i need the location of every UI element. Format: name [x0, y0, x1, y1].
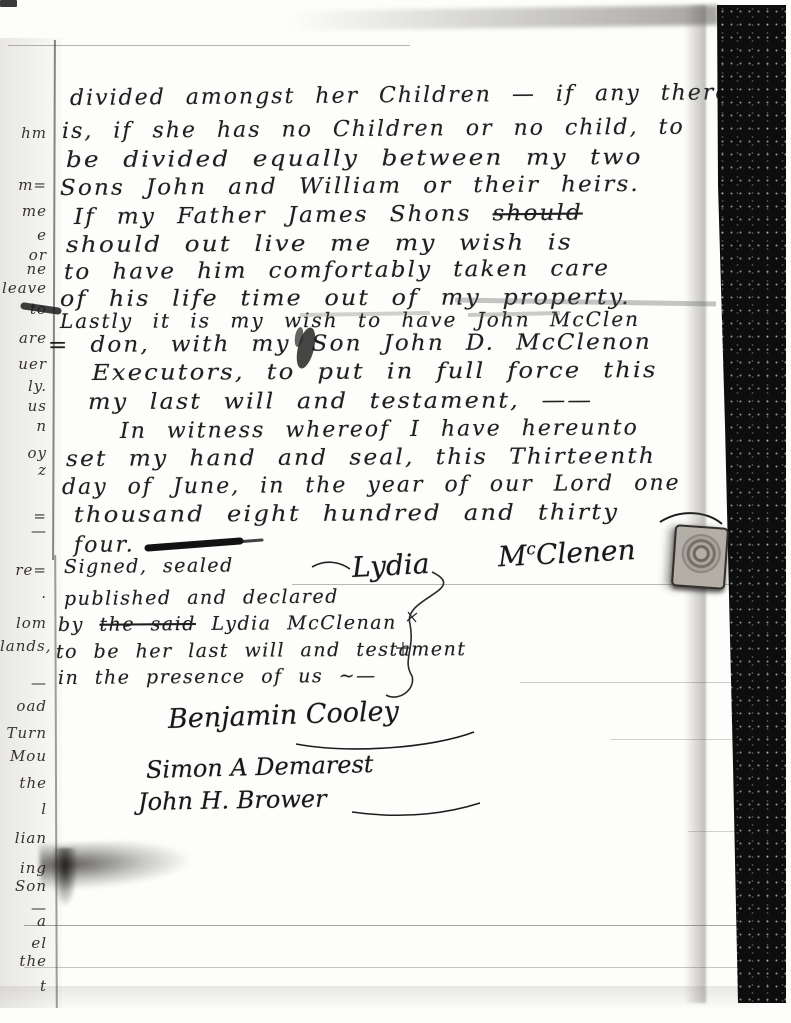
margin-fragment: ly. — [0, 377, 47, 395]
will-text-line: Sons John and William or their heirs. — [60, 172, 640, 201]
margin-fragment: — — [0, 674, 47, 692]
margin-fragment: — — [0, 522, 47, 540]
witness-signature: Benjamin Cooley — [167, 696, 399, 735]
ruled-line — [520, 682, 764, 683]
margin-fragment: l — [0, 800, 47, 818]
will-text-line: to have him comfortably taken care — [64, 256, 610, 285]
will-text-line: thousand eight hundred and thirty — [74, 500, 619, 528]
margin-fragment: el — [0, 934, 47, 952]
will-text-line: day of June, in the year of our Lord one — [62, 471, 681, 500]
will-text-line: = don, with my Son John D. McClenon — [48, 330, 652, 358]
margin-fragment: are — [0, 329, 47, 347]
margin-fragment: . — [0, 584, 47, 602]
margin-fragment: oad — [0, 697, 47, 715]
margin-fragment: us — [0, 397, 47, 415]
margin-fragment: t — [0, 977, 47, 995]
testator-signature-first: Lydia — [351, 547, 430, 584]
margin-fragment: oy — [0, 444, 47, 462]
top-edge-smudge — [288, 5, 718, 31]
will-text-line: divided amongst her Children — if any th… — [70, 80, 731, 111]
will-text-line: four. — [74, 532, 135, 558]
witness-signature: Simon A Demarest — [146, 750, 374, 784]
margin-fragment: to — [0, 300, 47, 318]
brace-cross-mark — [407, 612, 417, 622]
struck-word: should — [492, 201, 583, 227]
attestation-line: Signed, sealed — [64, 555, 234, 578]
margin-fragment: lands, — [0, 637, 47, 655]
margin-fragment: the — [0, 952, 47, 970]
attestation-brace-line — [386, 572, 444, 697]
margin-fragment: n — [0, 417, 47, 435]
will-text-line: should out live me my wish is — [66, 230, 573, 258]
margin-fragment: uer — [0, 355, 47, 373]
will-text-line: Lastly it is my wish to have John McClen — [60, 307, 640, 333]
ink-smudge — [52, 848, 78, 908]
margin-fragment: m= — [0, 176, 47, 194]
ruled-line — [24, 925, 772, 926]
witness-signature: John H. Brower — [138, 785, 327, 816]
will-text-line: Executors, to put in full force this — [92, 358, 658, 386]
struck-words: the said — [99, 613, 196, 636]
heavy-dash-stroke — [236, 540, 262, 542]
heavy-dash-stroke — [148, 541, 240, 548]
scanned-will-page: hm m= me e or ne leave to are uer ly. us… — [0, 0, 791, 1023]
signature-underline-flourish — [296, 732, 474, 749]
attestation-line: published and declared — [64, 586, 339, 610]
attestation-segment: by — [58, 614, 100, 636]
margin-fragment: ne — [0, 260, 47, 278]
margin-fragment: me — [0, 202, 47, 220]
attestation-segment: Lydia McClenan — [196, 612, 397, 635]
margin-fragment: lom — [0, 614, 47, 632]
scan-corner-artifact — [0, 0, 17, 7]
embossed-seal-icon — [671, 524, 729, 590]
will-text-line: If my Father James Shons should — [74, 201, 583, 230]
pen-squiggle — [312, 562, 350, 569]
margin-fragment: z — [0, 461, 47, 479]
margin-fragment: hm — [0, 124, 47, 142]
fold-crease-line — [8, 45, 410, 46]
margin-fragment: a — [0, 912, 47, 930]
will-text-line: be divided equally between my two — [66, 145, 643, 173]
binding-shadow-gradient — [684, 5, 706, 1003]
will-text-line: set my hand and seal, this Thirteenth — [66, 444, 656, 472]
signature-rest: Clenen — [535, 533, 636, 571]
will-text-line: is, if she has no Children or no child, … — [62, 115, 685, 144]
margin-fragment: the — [0, 774, 47, 792]
will-text-line: In witness whereof I have hereunto — [120, 415, 639, 444]
attestation-line: by the said Lydia McClenan — [58, 612, 397, 636]
margin-fragment: Mou — [0, 747, 47, 765]
signature-mc: M — [497, 539, 527, 573]
attestation-line: to be her last will and testament — [56, 638, 467, 663]
will-text-segment: If my Father James Shons — [74, 201, 493, 230]
bottom-edge-shading — [0, 986, 760, 1008]
margin-fragment: e — [0, 226, 47, 244]
book-binding-black-band — [700, 5, 786, 1003]
ruled-line — [24, 967, 772, 968]
signature-trailing-flourish — [352, 803, 480, 815]
attestation-line: in the presence of us ∼— — [58, 665, 377, 689]
will-text-line: my last will and testament, —— — [88, 388, 593, 415]
margin-fragment: leave — [0, 279, 47, 297]
margin-fragment: Turn — [0, 724, 47, 742]
margin-fragment: re= — [0, 561, 47, 579]
testator-signature-last: McClenen — [497, 533, 636, 573]
